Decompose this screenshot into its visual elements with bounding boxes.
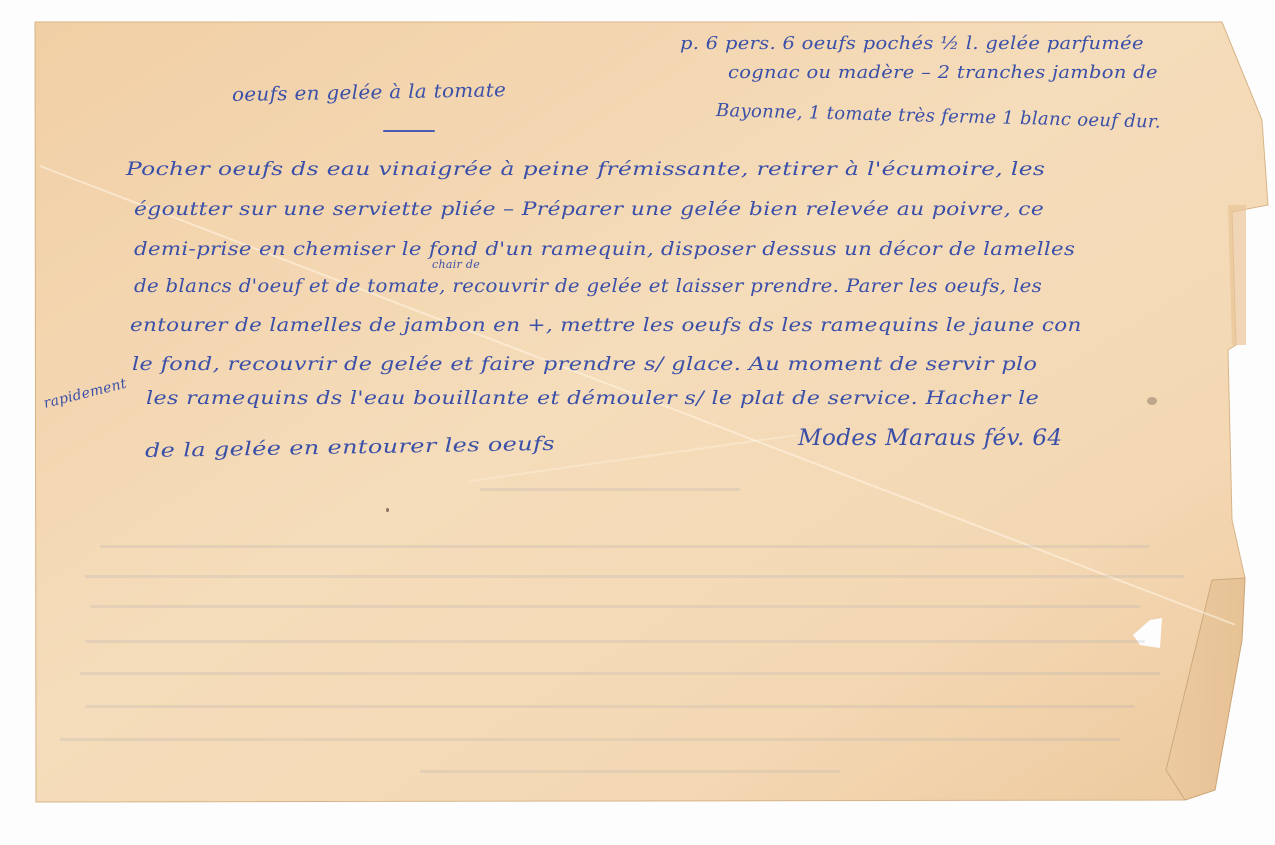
body-line-2: égoutter sur une serviette pliée – Prépa… xyxy=(134,198,1044,220)
bleed-through xyxy=(420,770,840,773)
bleed-through xyxy=(100,545,1150,548)
paper-speck xyxy=(386,508,389,512)
bleed-through xyxy=(60,738,1120,741)
signature: Modes Maraus fév. 64 xyxy=(798,426,1062,451)
bleed-through xyxy=(90,605,1140,608)
body-insert-above-tomate: chair de xyxy=(432,258,480,271)
bleed-through xyxy=(480,488,740,491)
body-line-5: entourer de lamelles de jambon en +, met… xyxy=(130,314,1082,336)
bleed-through xyxy=(85,705,1135,708)
bleed-through xyxy=(80,672,1160,675)
paper-speck xyxy=(1147,397,1157,405)
body-line-4: de blancs d'oeuf et de tomate, recouvrir… xyxy=(134,275,1042,297)
ingredients-line-2: cognac ou madère – 2 tranches jambon de xyxy=(728,62,1158,83)
title-underline xyxy=(383,130,435,132)
bleed-through xyxy=(85,640,1145,643)
bleed-through xyxy=(85,575,1185,578)
body-line-3: demi-prise en chemiser le fond d'un rame… xyxy=(134,238,1075,260)
body-line-7: les ramequins ds l'eau bouillante et dém… xyxy=(146,387,1039,409)
ingredients-line-1: p. 6 pers. 6 oeufs pochés ½ l. gelée par… xyxy=(680,33,1144,54)
body-line-6: le fond, recouvrir de gelée et faire pre… xyxy=(132,353,1037,375)
body-line-1: Pocher oeufs ds eau vinaigrée à peine fr… xyxy=(126,158,1045,180)
